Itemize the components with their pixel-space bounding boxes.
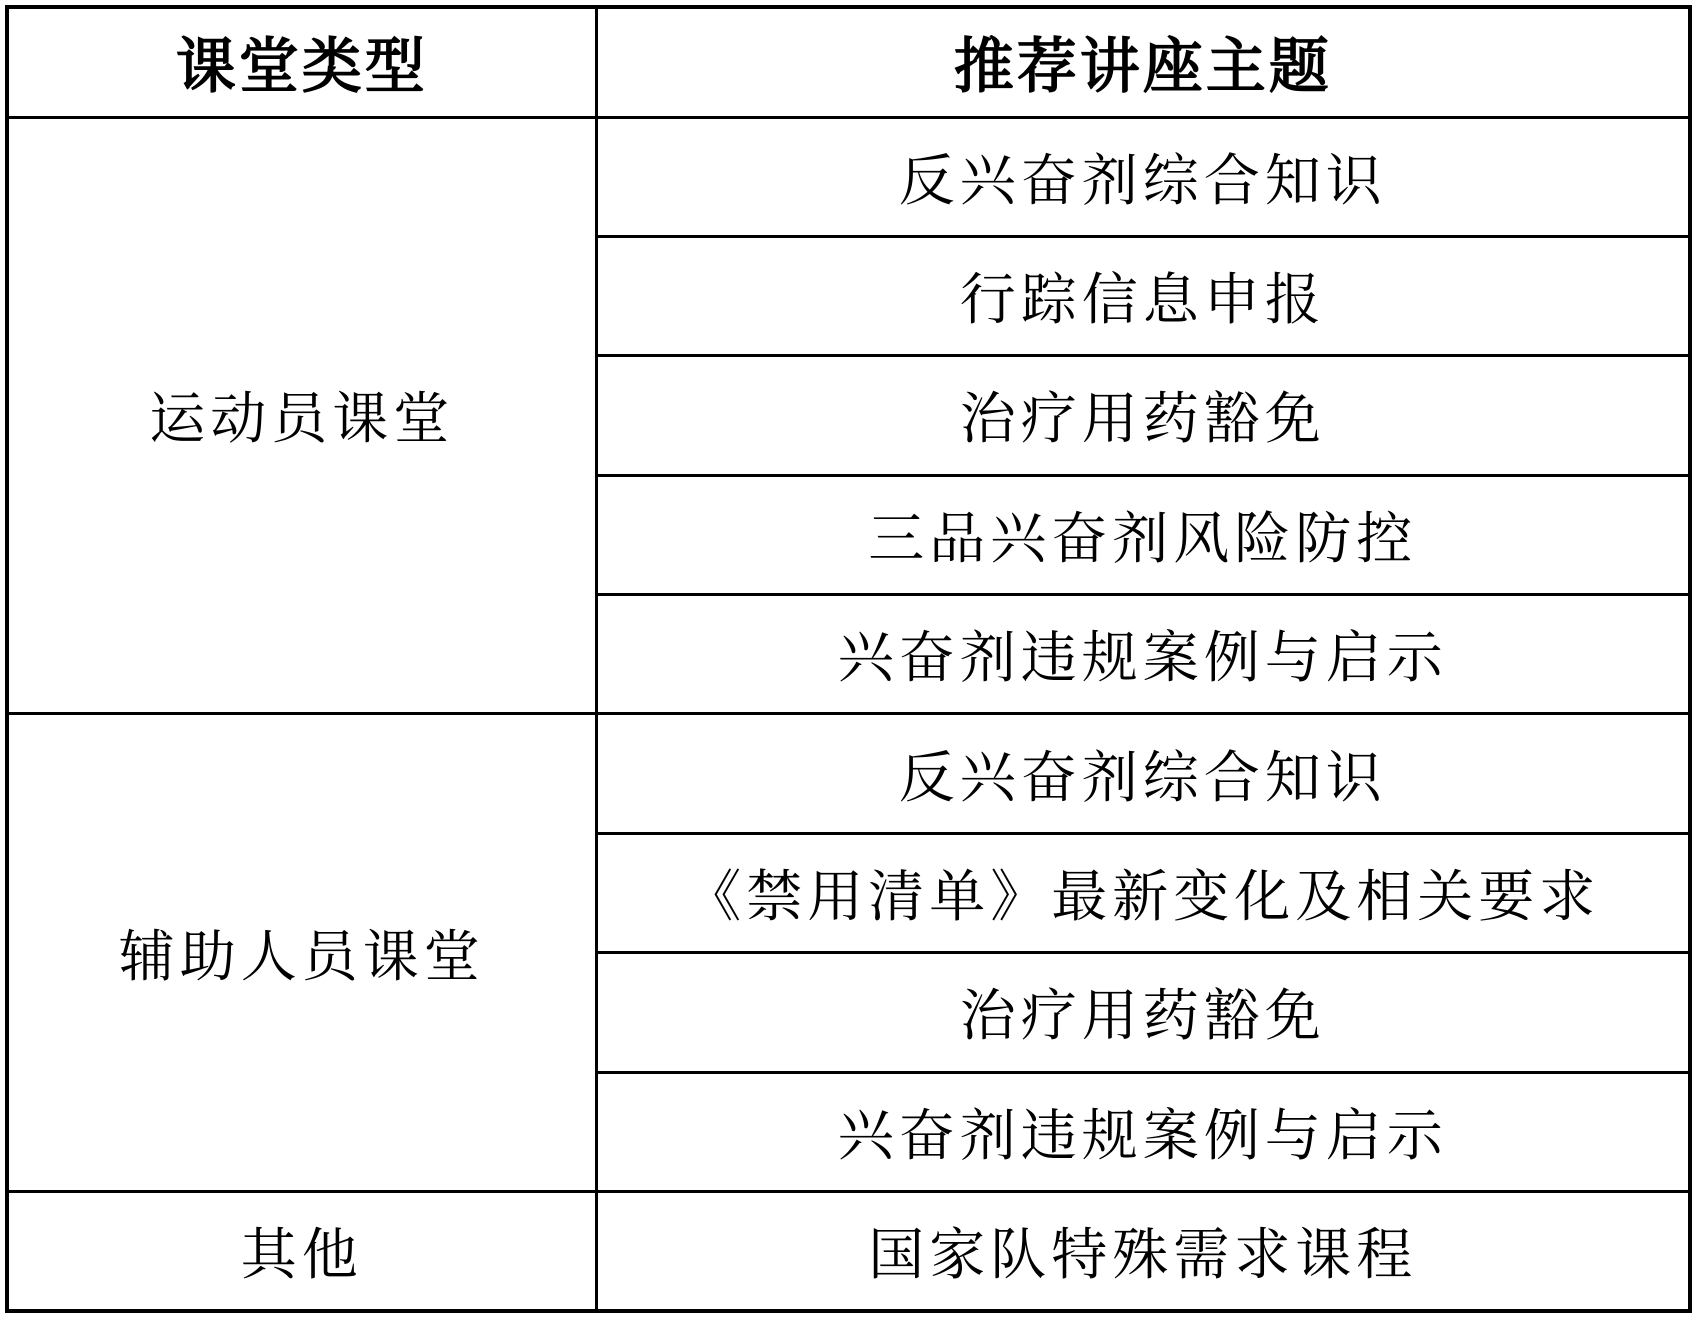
document-page: 课堂类型 推荐讲座主题 运动员课堂 反兴奋剂综合知识 行踪信息申报 治疗用药豁免… [0, 0, 1697, 1318]
table-row: 运动员课堂 反兴奋剂综合知识 [7, 117, 1690, 236]
class-type-other: 其他 [7, 1192, 596, 1311]
topic-cell: 行踪信息申报 [596, 236, 1690, 355]
topic-cell: 反兴奋剂综合知识 [596, 117, 1690, 236]
topic-cell: 兴奋剂违规案例与启示 [596, 1072, 1690, 1191]
topic-cell: 反兴奋剂综合知识 [596, 714, 1690, 833]
class-type-athlete: 运动员课堂 [7, 117, 596, 714]
topic-cell: 治疗用药豁免 [596, 953, 1690, 1072]
topic-cell: 《禁用清单》最新变化及相关要求 [596, 833, 1690, 952]
table-row: 其他 国家队特殊需求课程 [7, 1192, 1690, 1311]
column-header-class-type: 课堂类型 [7, 7, 596, 117]
table-row: 辅助人员课堂 反兴奋剂综合知识 [7, 714, 1690, 833]
topic-cell: 兴奋剂违规案例与启示 [596, 595, 1690, 714]
topic-cell: 三品兴奋剂风险防控 [596, 475, 1690, 594]
lecture-topics-table: 课堂类型 推荐讲座主题 运动员课堂 反兴奋剂综合知识 行踪信息申报 治疗用药豁免… [5, 5, 1692, 1313]
topic-cell: 国家队特殊需求课程 [596, 1192, 1690, 1311]
table-header-row: 课堂类型 推荐讲座主题 [7, 7, 1690, 117]
topic-cell: 治疗用药豁免 [596, 356, 1690, 475]
class-type-support-staff: 辅助人员课堂 [7, 714, 596, 1192]
column-header-topic: 推荐讲座主题 [596, 7, 1690, 117]
